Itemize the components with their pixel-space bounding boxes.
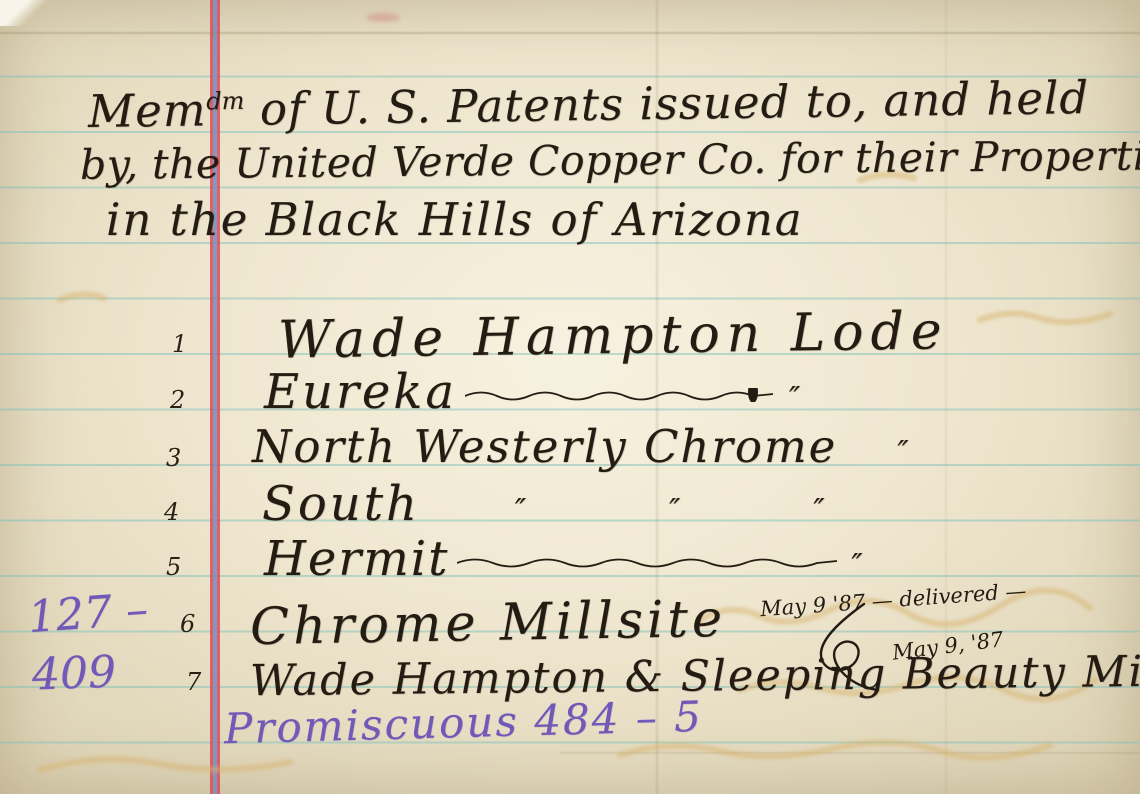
ditto-mark: ″ <box>897 438 910 468</box>
extension-line <box>457 555 837 569</box>
entry-row-6: Chrome Millsite <box>250 594 727 653</box>
red-smudge <box>366 13 400 22</box>
entry-row-4: South ″ ″ ″ <box>262 480 828 528</box>
fold-crease-horizontal-bottom <box>560 752 1140 754</box>
entry-number-3: 3 <box>166 444 181 472</box>
ditto-mark: ″ <box>813 496 827 526</box>
manuscript-page: Memdm of U. S. Patents issued to, and he… <box>0 0 1140 794</box>
ledger-ref-127: 127 – <box>27 588 150 640</box>
entry-number-5: 5 <box>166 553 181 581</box>
claim-name: Chrome Millsite <box>250 594 727 653</box>
entry-row-5: Hermit ″ <box>264 535 865 583</box>
entry-number-4: 4 <box>164 498 179 526</box>
extension-line <box>465 388 775 402</box>
ditto-mark: ″ <box>669 496 683 526</box>
ledger-ref-409: 409 <box>31 651 116 698</box>
header-line-2: by, the United Verde Copper Co. for thei… <box>80 135 1140 186</box>
header-line-1-rest: of U. S. Patents issued to, and held <box>244 71 1089 136</box>
entry-row-1: Wade Hampton Lode <box>278 305 949 366</box>
entry-number-2: 2 <box>170 386 185 414</box>
footer-promiscuous-note: Promiscuous 484 – 5 <box>224 696 704 751</box>
claim-name: Hermit <box>264 535 449 583</box>
header-memdm-prefix: Mem <box>88 83 207 138</box>
entry-row-2: Eureka ″ <box>264 368 803 416</box>
claim-name: South <box>262 480 420 528</box>
entry-row-3: North Westerly Chrome ″ <box>252 424 911 469</box>
torn-corner <box>0 0 56 26</box>
fold-crease-horizontal <box>0 32 1140 34</box>
claim-name: Eureka <box>264 368 457 416</box>
header-memdm-superscript: dm <box>206 87 245 116</box>
claim-name: North Westerly Chrome <box>252 424 837 469</box>
entry-number-1: 1 <box>172 330 187 358</box>
entry-number-7: 7 <box>186 668 201 696</box>
claim-name: Wade Hampton Lode <box>278 305 949 366</box>
ditto-mark: ″ <box>851 551 864 581</box>
entry-number-6: 6 <box>180 610 195 638</box>
header-line-3: in the Black Hills of Arizona <box>106 197 804 242</box>
ditto-mark: ″ <box>515 496 529 526</box>
delivered-annotation: May 9 '87 — delivered — <box>760 581 1027 621</box>
ditto-mark: ″ <box>789 384 803 414</box>
header-line-1: Memdm of U. S. Patents issued to, and he… <box>88 75 1090 134</box>
